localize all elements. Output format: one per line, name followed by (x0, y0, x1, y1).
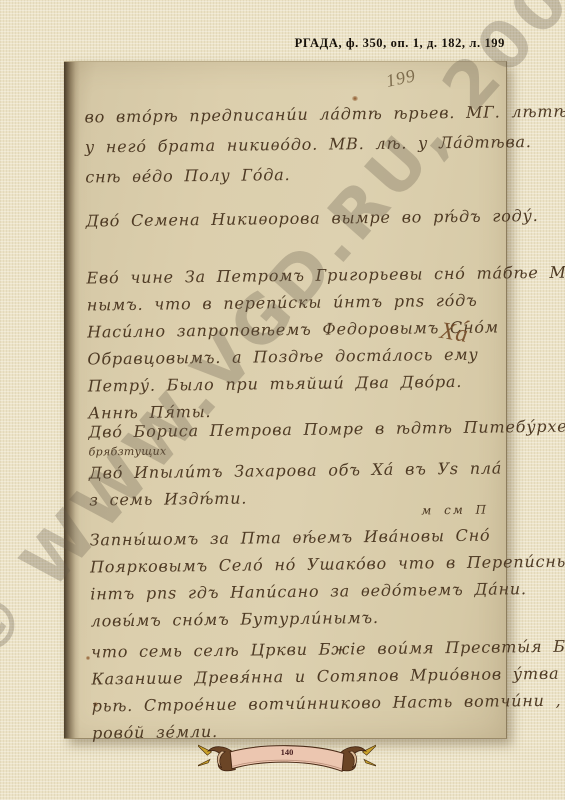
archive-reference-label: РГАДА, ф. 350, оп. 1, д. 182, л. 199 (295, 36, 505, 51)
scan-background: РГАДА, ф. 350, оп. 1, д. 182, л. 199 199… (0, 0, 565, 800)
margin-ink-mark: Ха́ (438, 318, 471, 349)
handwriting-block-6: что семь селѣ Цркви Бжіе вои́мя Пресвты́… (91, 632, 565, 746)
superscript-margin-note: м см П (421, 503, 488, 518)
manuscript-page: 199 во вто́рѣ предписани́и ла́дтѣ ѣрьев.… (64, 61, 507, 739)
handwriting-line: рьѣ. Строе́ние вотчи́нниково Насть вотчи… (92, 686, 565, 719)
handwriting-line: інтъ рпѕ гдъ Напи́сано за ѳедо́тьемъ Да́… (90, 575, 565, 608)
foxing-spot (86, 656, 90, 660)
handwriting-line: з семь Издѣ́ти. (89, 481, 565, 514)
handwriting-block-4: Дво́ Бориса Петрова Помре в ѣдтѣ Питебу́… (88, 413, 565, 514)
book-spine-shadow (64, 62, 80, 738)
ribbon-banner: 140 (198, 740, 376, 784)
handwriting-line: Дво́ Ипыли́тъ Захарова объ Ха́ въ Уѕ пла… (89, 454, 565, 487)
handwriting-layer: во вто́рѣ предписани́и ла́дтѣ ѣрьев. МГ.… (84, 60, 502, 741)
handwriting-line: ловы́мъ сно́мъ Бутурли́нымъ. (91, 602, 565, 635)
ribbon-number: 140 (281, 747, 294, 757)
handwriting-block-3: Ево́ чине За Петромъ Григорьевы сно́ та́… (86, 259, 565, 427)
handwriting-block-2: Дво́ Семена Никиѳорова вымре во рѣ́дъ го… (86, 202, 539, 235)
handwriting-block-1: во вто́рѣ предписани́и ла́дтѣ ѣрьев. МГ.… (84, 97, 565, 193)
handwriting-line: снѣ ѳе́до Полу Го́да. (85, 157, 565, 193)
ribbon-banner-graphic: 140 (198, 740, 376, 784)
handwriting-block-5: Запны́шомъ за Пта ѳѣ́емъ Ива́новы Сно́ П… (90, 521, 565, 635)
handwriting-line: Дво́ Семена Никиѳорова вымре во рѣ́дъ го… (86, 202, 539, 235)
handwriting-line: у него́ брата никиѳо́до. МВ. лѣ. у Ла́дт… (85, 127, 565, 163)
